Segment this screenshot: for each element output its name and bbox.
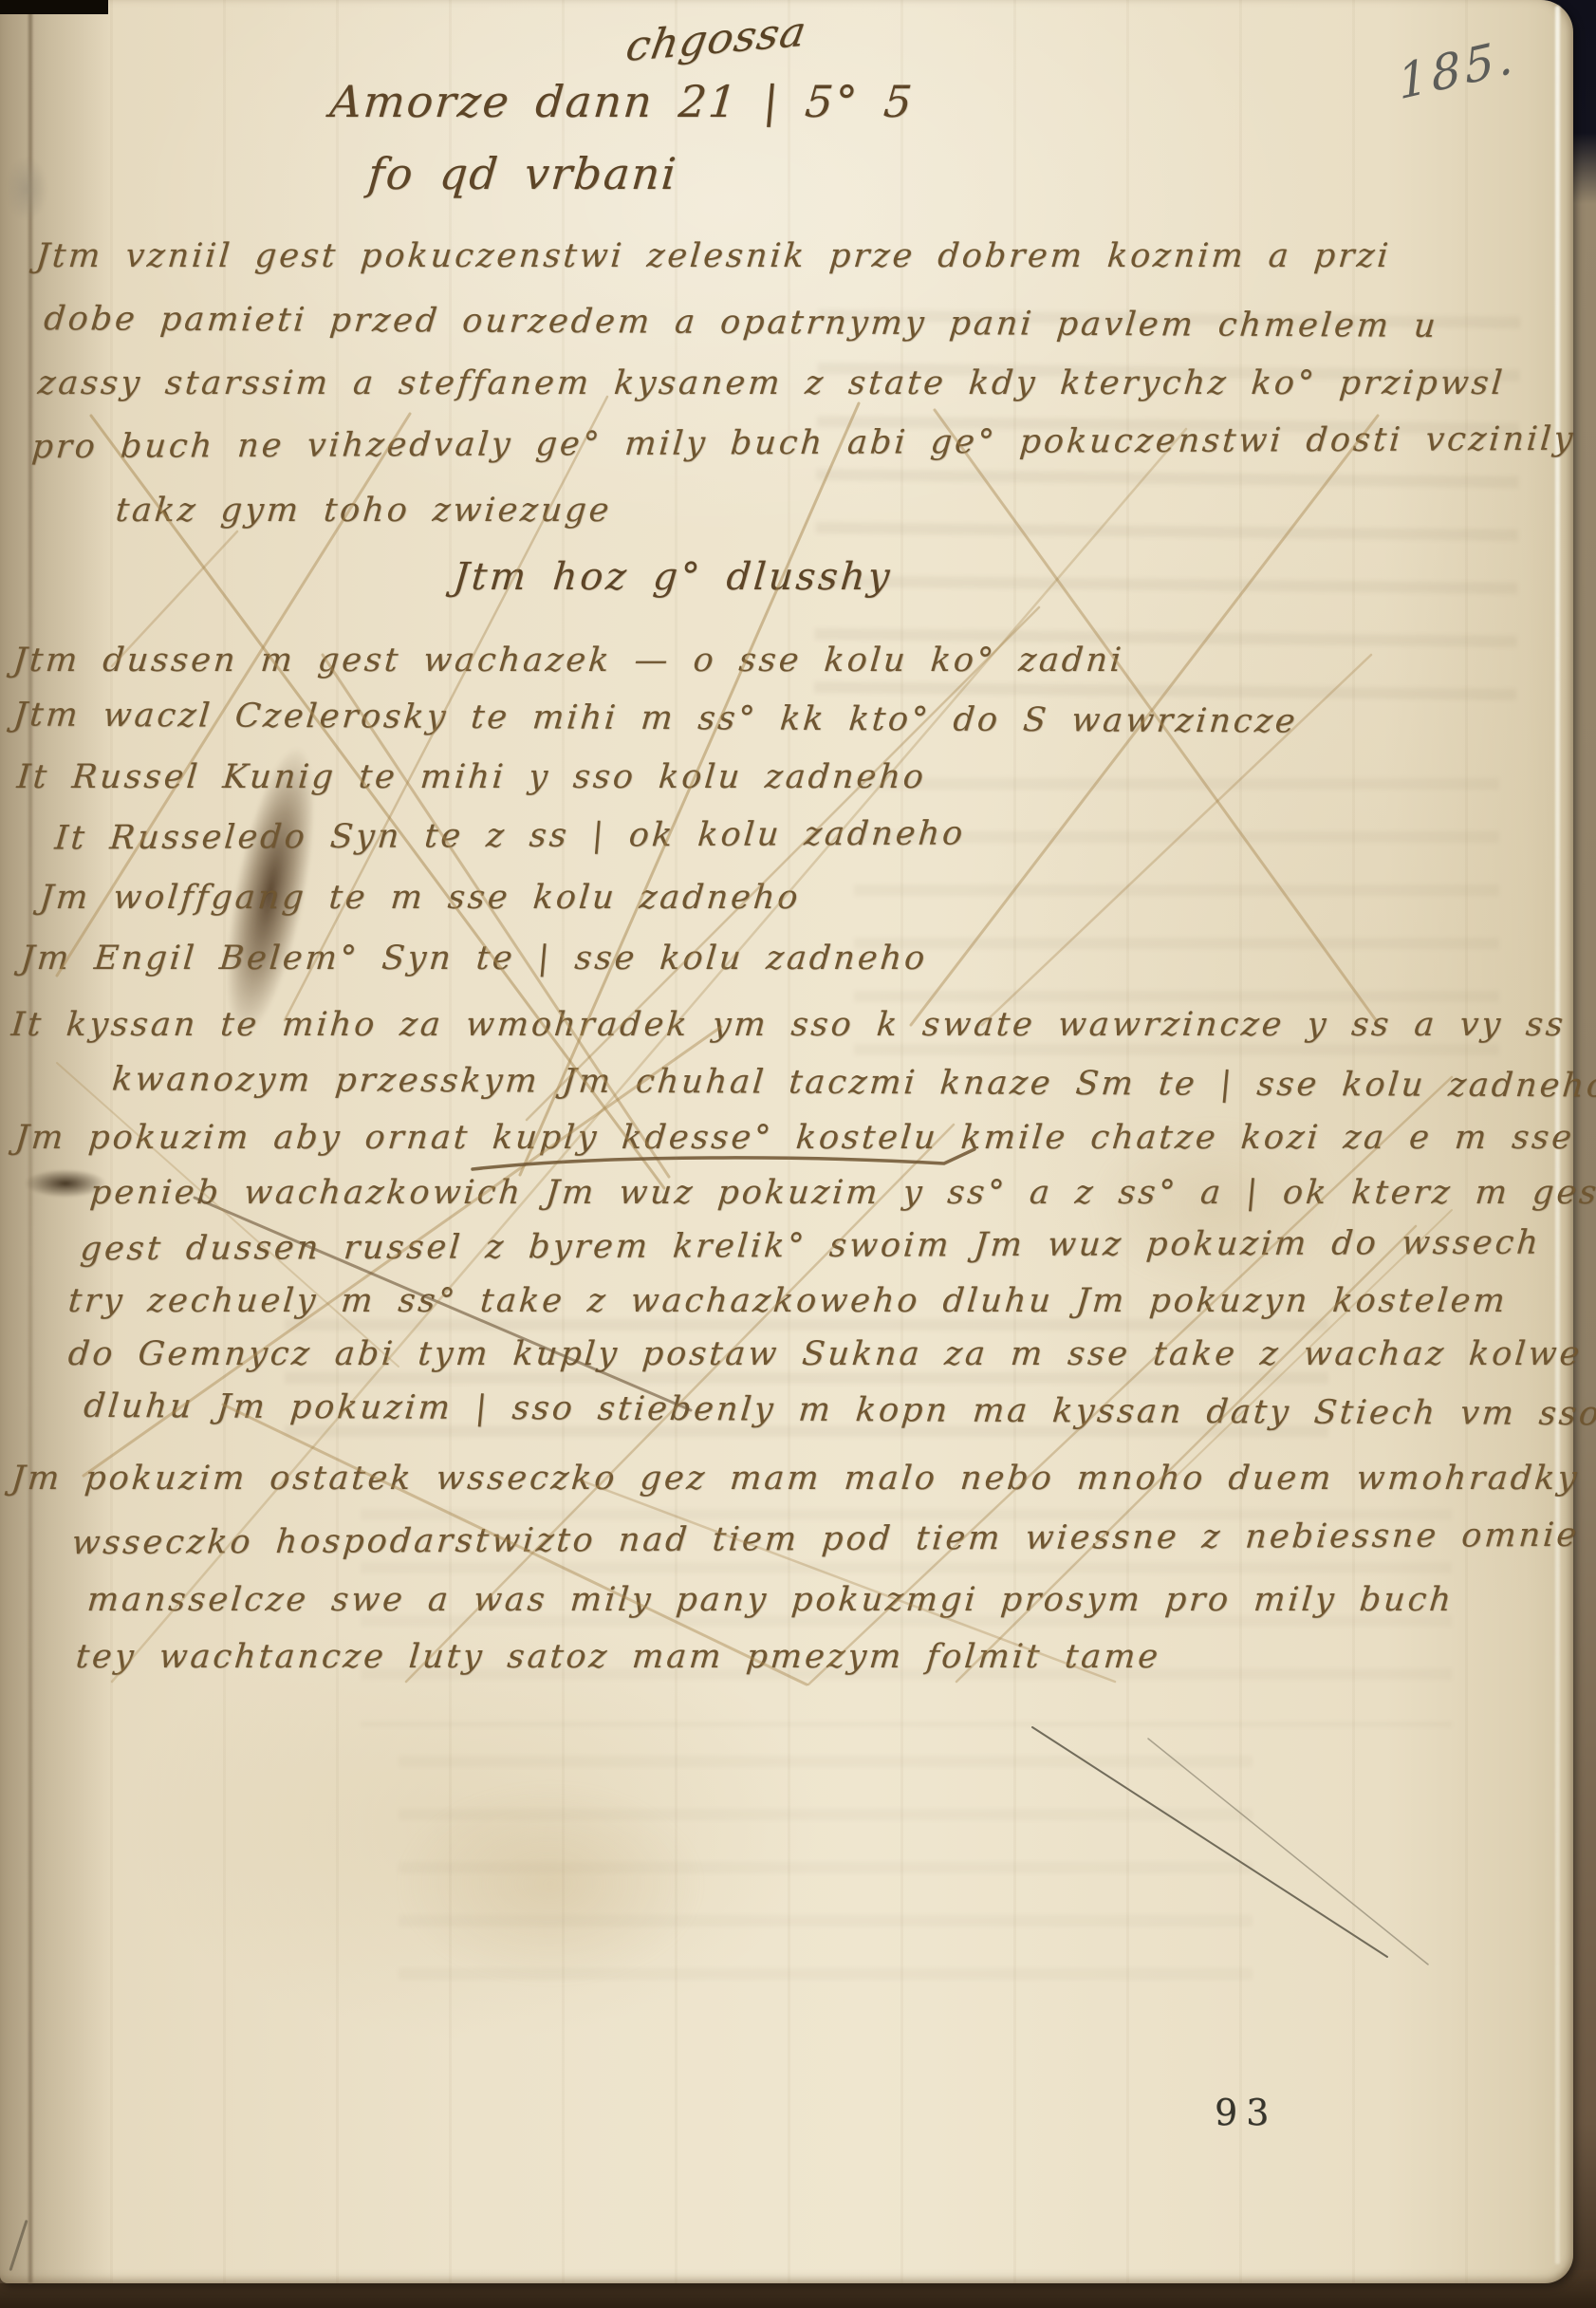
archive-stamp-number: 93 bbox=[1215, 2092, 1277, 2133]
debt-entry: It Russeledo Syn te z ss | ok kolu zadne… bbox=[53, 814, 967, 857]
debt-entry: Jm Engil Belem° Syn te | sse kolu zadneh… bbox=[19, 940, 929, 977]
manuscript-line: kwanozym przesskym Jm chuhal taczmi knaz… bbox=[110, 1061, 1596, 1106]
manuscript-line: dobe pamieti przed ourzedem a opatrnymy … bbox=[42, 300, 1439, 345]
manuscript-scan: chgossa Amorze dann 21 | 5° 5 fo qd vrba… bbox=[0, 0, 1596, 2308]
foxing-stain bbox=[399, 1784, 702, 1983]
heading-date: Amorze dann 21 | 5° 5 bbox=[328, 76, 917, 127]
top-annotation: chgossa bbox=[622, 8, 810, 71]
debt-entry: Jtm dussen m gest wachazek — o sse kolu … bbox=[11, 642, 1125, 679]
manuscript-line: Jm pokuzim ostatek wsseczko gez mam malo… bbox=[9, 1460, 1581, 1498]
debt-entry: It Russel Kunig te mihi y sso kolu zadne… bbox=[15, 758, 927, 796]
manuscript-line: wsseczko hospodarstwizto nad tiem pod ti… bbox=[70, 1517, 1581, 1562]
manuscript-line: dluhu Jm pokuzim | sso stiebenly m kopn … bbox=[83, 1387, 1596, 1433]
folio-number-pencil: 185. bbox=[1396, 28, 1518, 111]
manuscript-line: pro buch ne vihzedvaly ge° mily buch abi… bbox=[30, 420, 1577, 467]
manuscript-line: Jm pokuzim aby ornat kuply kdesse° koste… bbox=[13, 1119, 1596, 1157]
manuscript-line: takz gym toho zwiezuge bbox=[114, 492, 613, 530]
manuscript-line: penieb wachazkowich Jm wuz pokuzim y ss°… bbox=[88, 1174, 1596, 1212]
heading-feria: fo qd vrbani bbox=[366, 148, 680, 199]
manuscript-line: gest dussen russel z byrem krelik° swoim… bbox=[79, 1224, 1542, 1269]
manuscript-page: chgossa Amorze dann 21 | 5° 5 fo qd vrba… bbox=[0, 0, 1573, 2283]
pencil-scratch-lines bbox=[1032, 1727, 1428, 1964]
manuscript-line: Jtm vzniil gest pokuczenstwi zelesnik pr… bbox=[34, 237, 1392, 275]
debt-entry: Jm wolffgang te m sse kolu zadneho bbox=[38, 879, 802, 917]
manuscript-line: zassy starssim a steffanem kysanem z sta… bbox=[36, 364, 1506, 402]
manuscript-line: try zechuely m ss° take z wachazkoweho d… bbox=[66, 1282, 1509, 1320]
verso-show-through bbox=[399, 1756, 1253, 2002]
debt-list-subheading: Jtm hoz g° dlusshy bbox=[452, 555, 894, 599]
manuscript-line: tey wachtancze luty satoz mam pmezym fol… bbox=[74, 1638, 1162, 1676]
manuscript-line: mansselcze swe a was mily pany pokuzmgi … bbox=[85, 1581, 1455, 1619]
manuscript-line: do Gemnycz abi tym kuply postaw Sukna za… bbox=[66, 1335, 1584, 1373]
binding-edge bbox=[0, 0, 108, 14]
manuscript-line: It kyssan te miho za wmohradek ym sso k … bbox=[9, 1006, 1568, 1044]
debt-entry: Jtm waczl Czelerosky te mihi m ss° kk kt… bbox=[11, 696, 1299, 740]
